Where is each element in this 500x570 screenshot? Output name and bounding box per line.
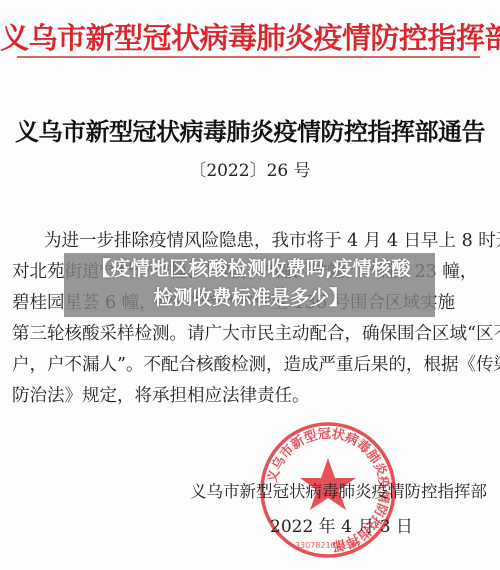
headline-overlay-text: 【疫情地区核酸检测收费吗,疫情核酸 检测收费标准是多少】 [66,254,436,312]
overlay-line-1: 【疫情地区核酸检测收费吗,疫情核酸 [66,254,436,283]
letterhead: 义乌市新型冠状病毒肺炎疫情防控指挥部 [0,16,500,57]
svg-text:3307821015567: 3307821015567 [295,541,361,550]
document-page: 义乌市新型冠状病毒肺炎疫情防控指挥部 义乌市新型冠状病毒肺炎疫情防控指挥部通告 … [0,0,500,570]
overlay-line-2: 检测收费标准是多少】 [66,283,436,312]
signature: 义乌市新型冠状病毒肺炎疫情防控指挥部 [190,478,487,502]
body-line: 户，户不漏人”。不配合核酸检测，造成严重后果的，根据《传染病 [12,350,490,381]
body-line: 防治法》规定，将承担相应法律责任。 [12,381,490,412]
signature-date: 2022 年 4 月 3 日 [270,512,413,537]
doc-number: 〔2022〕26 号 [0,156,500,181]
notice-title: 义乌市新型冠状病毒肺炎疫情防控指挥部通告 [0,112,500,147]
body-line: 第三轮核酸采样检测。请广大市民主动配合，确保围合区域“区不漏 [12,319,490,350]
letterhead-rule [17,56,480,58]
